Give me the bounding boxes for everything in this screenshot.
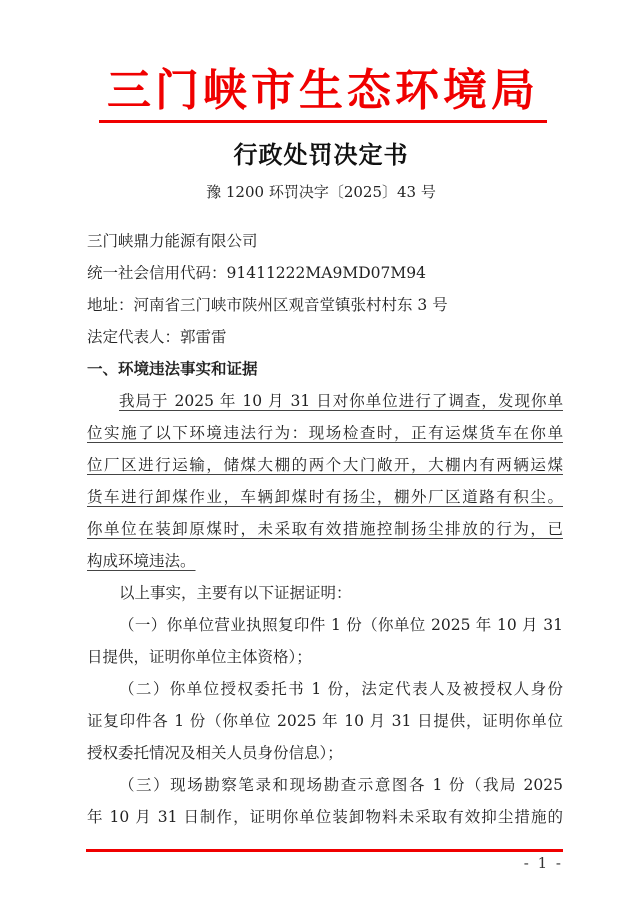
document-title: 行政处罚决定书 (0, 138, 642, 172)
facts-paragraph-line: 我局于 2025 年 10 月 31 日对你单位进行了调查，发现你单 (87, 386, 563, 416)
legal-representative: 法定代表人：郭雷雷 (87, 322, 227, 352)
page-number: - 1 - (508, 852, 563, 874)
section-heading-facts: 一、环境违法事实和证据 (87, 354, 258, 384)
facts-paragraph-line: 货车进行卸煤作业，车辆卸煤时有扬尘，棚外厂区道路有积尘。 (87, 482, 563, 512)
evidence-item-line: 证复印件各 1 份（你单位 2025 年 10 月 31 日提供，证明你单位 (87, 706, 563, 736)
address: 地址：河南省三门峡市陕州区观音堂镇张村村东 3 号 (87, 290, 448, 320)
evidence-item-line: （一）你单位营业执照复印件 1 份（你单位 2025 年 10 月 31 (87, 610, 563, 640)
credit-code: 统一社会信用代码：91411222MA9MD07M94 (87, 258, 426, 288)
facts-paragraph-line: 位厂区进行运输，储煤大棚的两个大门敞开，大棚内有两辆运煤 (87, 450, 563, 480)
facts-paragraph-line: 位实施了以下环境违法行为：现场检查时，正有运煤货车在你单 (87, 418, 563, 448)
footer-red-rule (86, 849, 563, 852)
evidence-item-line: （三）现场勘察笔录和现场勘查示意图各 1 份（我局 2025 (87, 770, 563, 800)
organization-title: 三门峡市生态环境局 (98, 64, 548, 118)
document-page: 三门峡市生态环境局 行政处罚决定书 豫 1200 环罚决字〔2025〕43 号 … (0, 0, 642, 908)
evidence-item-line: 授权委托情况及相关人员身份信息）； (87, 738, 343, 768)
evidence-item-line: 日提供，证明你单位主体资格）； (87, 642, 312, 672)
evidence-item-line: （二）你单位授权委托书 1 份，法定代表人及被授权人身份 (87, 674, 563, 704)
document-number: 豫 1200 环罚决字〔2025〕43 号 (0, 180, 642, 204)
evidence-intro: 以上事实，主要有以下证据证明： (87, 578, 352, 608)
evidence-item-line: 年 10 月 31 日制作，证明你单位装卸物料未采取有效抑尘措施的 (87, 802, 563, 832)
facts-paragraph-line: 你单位在装卸原煤时，未采取有效措施控制扬尘排放的行为，已 (87, 514, 563, 544)
facts-paragraph-line: 构成环境违法。 (87, 546, 196, 576)
header-red-rule (99, 120, 547, 123)
company-name: 三门峡鼎力能源有限公司 (87, 226, 258, 256)
